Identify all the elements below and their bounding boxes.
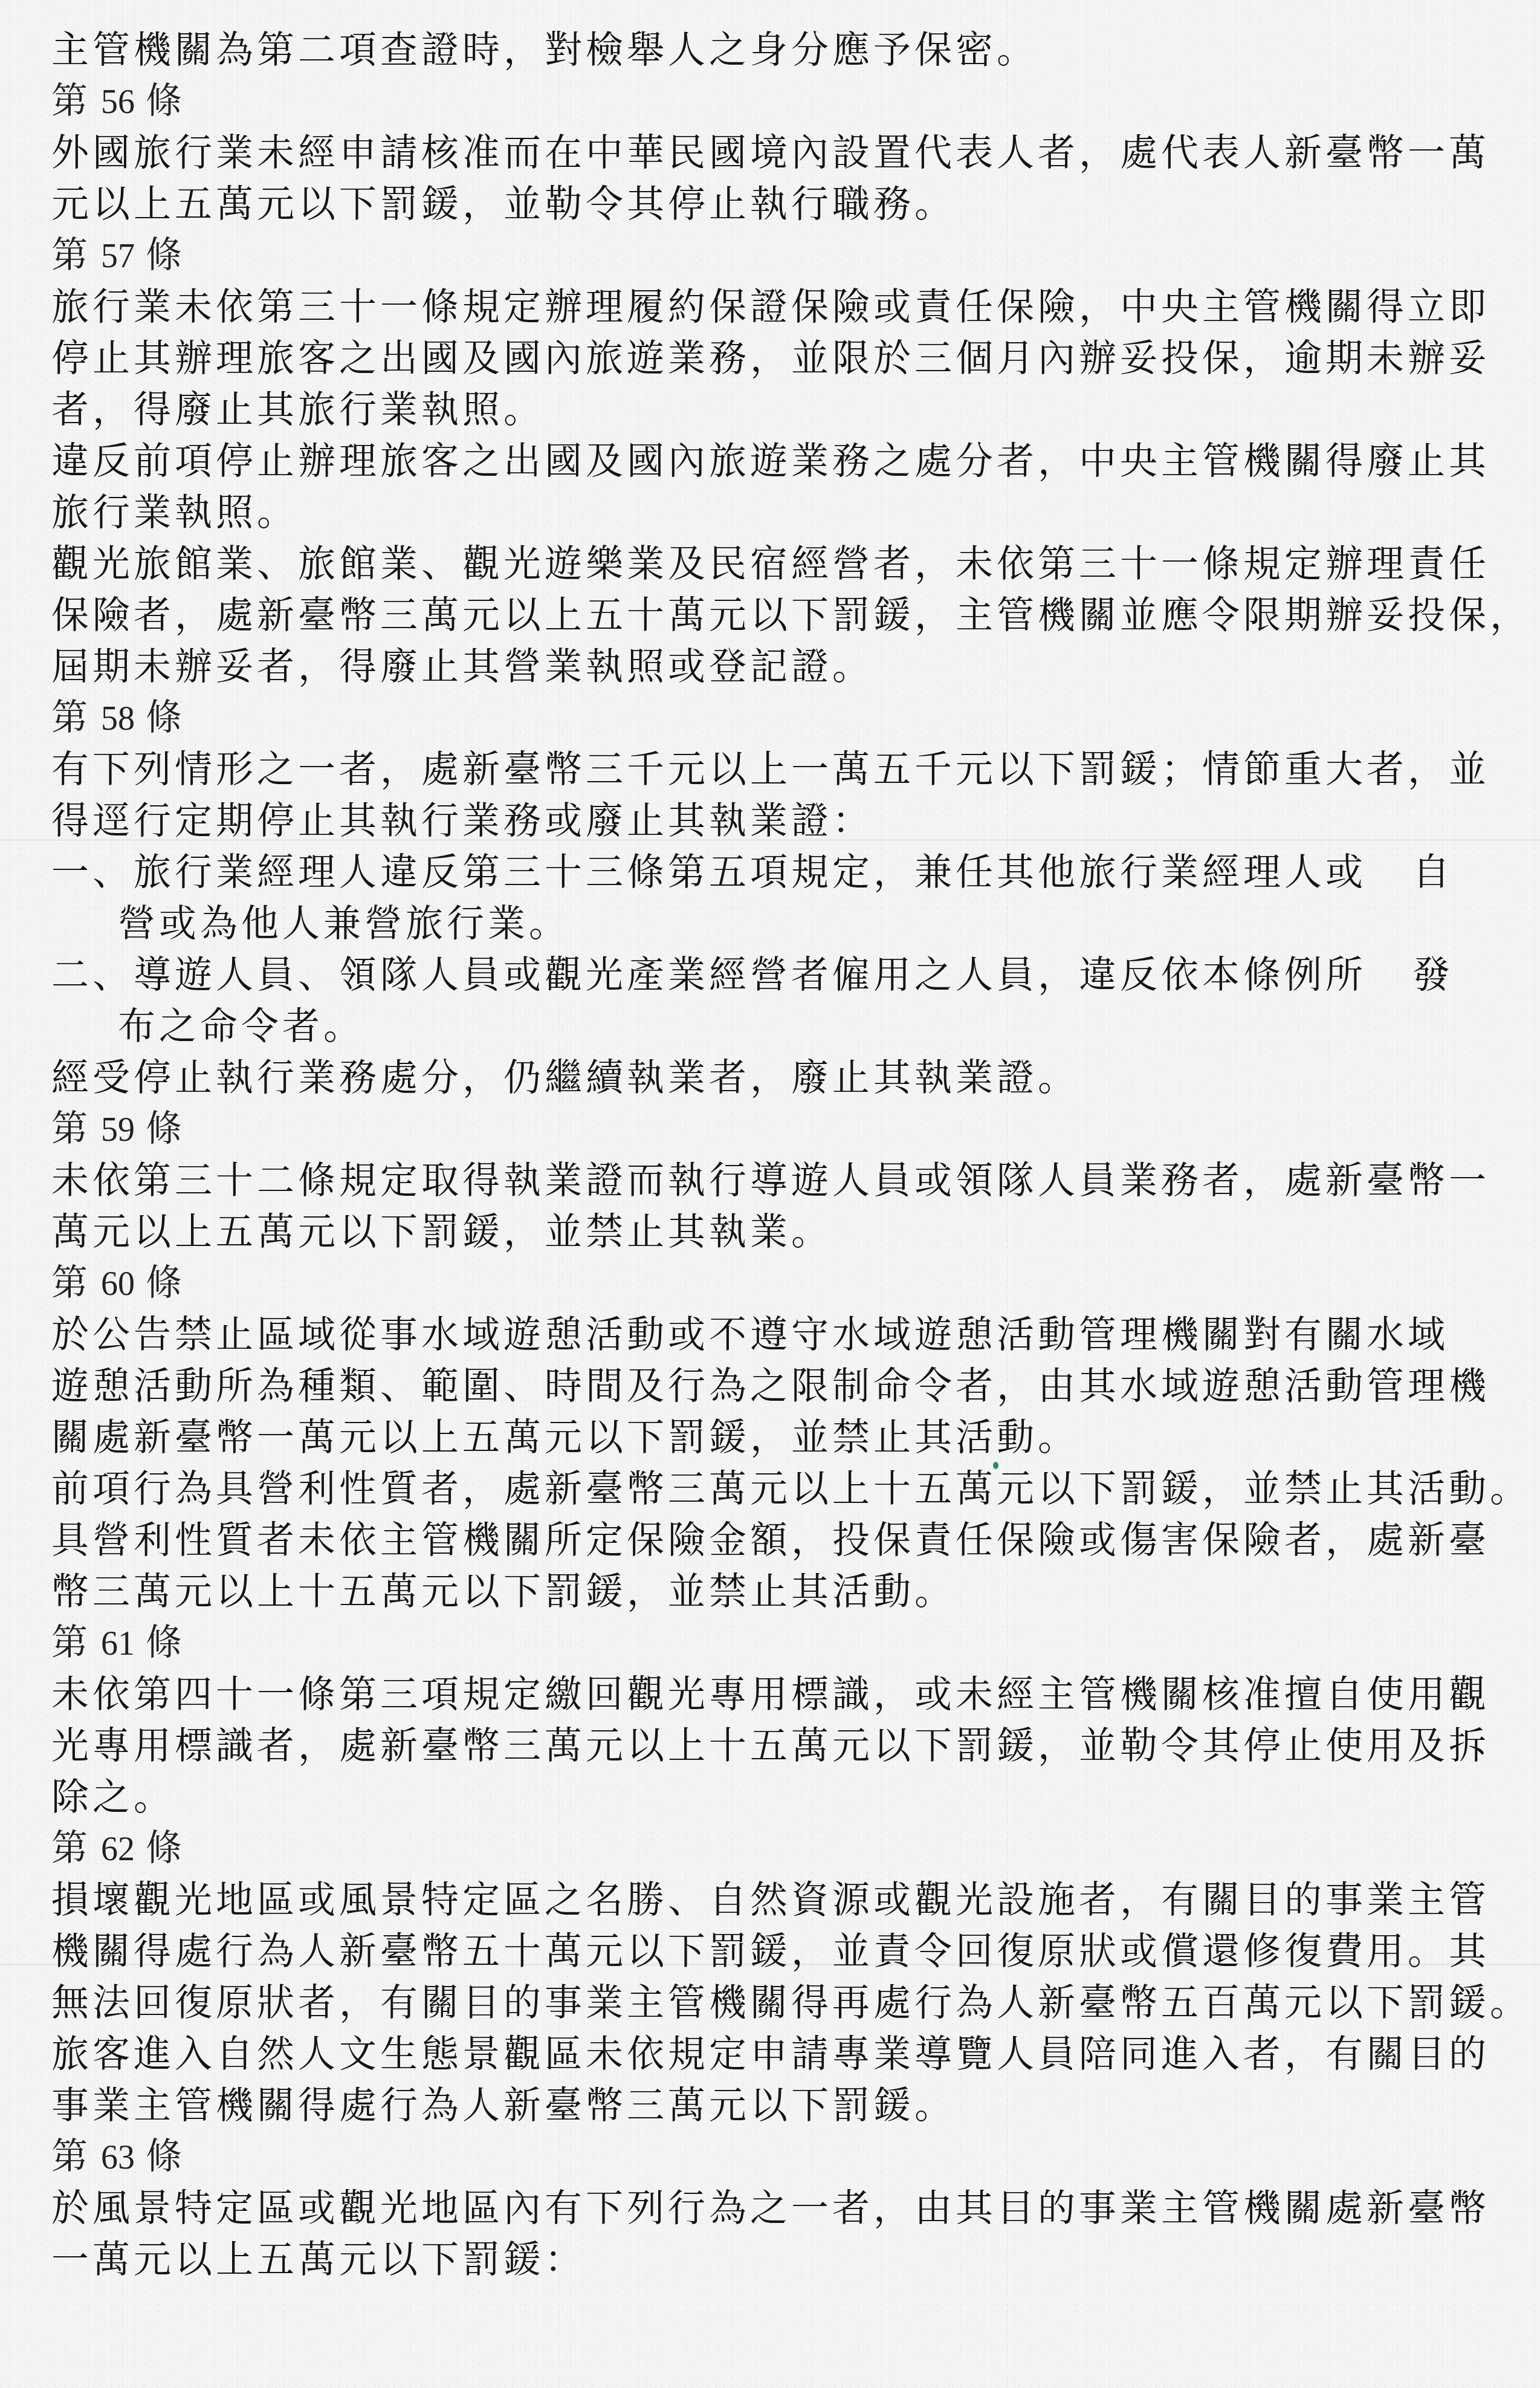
article-heading-number: 57 <box>101 238 135 275</box>
paragraph: 經受停止執行業務處分，仍繼續執業者，廢止其執業證。 <box>51 1052 1460 1103</box>
paragraph: 損壞觀光地區或風景特定區之名勝、自然資源或觀光設施者，有關目的事業主管機關得處行… <box>51 1874 1460 2028</box>
paragraph: 違反前項停止辦理旅客之出國及國內旅遊業務之處分者，中央主管機關得廢止其旅行業執照… <box>51 435 1460 538</box>
text-line: 於公告禁止區域從事水域遊憩活動或不遵守水域遊憩活動管理機關對有關水域 <box>51 1309 1460 1360</box>
list-item-tail-char: 自 <box>1412 846 1460 898</box>
text-line: 者，得廢止其旅行業執照。 <box>51 384 1460 435</box>
text-line: 於風景特定區或觀光地區內有下列行為之一者，由其目的事業主管機關處新臺幣 <box>51 2182 1460 2234</box>
text-line: 違反前項停止辦理旅客之出國及國內旅遊業務之處分者，中央主管機關得廢止其 <box>51 435 1460 487</box>
text-line: 主管機關為第二項查證時，對檢舉人之身分應予保密。 <box>51 24 1460 76</box>
text-line: 未依第三十二條規定取得執業證而執行導遊人員或領隊人員業務者，處新臺幣一 <box>51 1155 1460 1206</box>
text-line: 旅行業未依第三十一條規定辦理履約保證保險或責任保險，中央主管機關得立即 <box>51 281 1460 333</box>
article-heading-suffix: 條 <box>146 1621 184 1664</box>
list-marker: 一、 <box>51 850 134 894</box>
article-heading: 第61條 <box>51 1617 1460 1669</box>
article-heading-number: 61 <box>101 1625 135 1663</box>
list-item: 一、旅行業經理人違反第三十三條第五項規定，兼任其他旅行業經理人或自營或為他人兼營… <box>51 846 1460 949</box>
article-heading-suffix: 條 <box>146 1262 184 1304</box>
article-heading-suffix: 條 <box>146 80 184 122</box>
paragraph: 旅行業未依第三十一條規定辦理履約保證保險或責任保險，中央主管機關得立即停止其辦理… <box>51 281 1460 435</box>
article-heading-suffix: 條 <box>146 2135 184 2178</box>
document-page: 主管機關為第二項查證時，對檢舉人之身分應予保密。第56條外國旅行業未經申請核准而… <box>51 24 1460 2285</box>
text-line: 停止其辦理旅客之出國及國內旅遊業務，並限於三個月內辦妥投保，逾期未辦妥 <box>51 333 1460 384</box>
article-heading-suffix: 條 <box>146 1108 184 1150</box>
text-line: 具營利性質者未依主管機關所定保險金額，投保責任保險或傷害保險者，處新臺 <box>51 1514 1460 1566</box>
text-line: 萬元以上五萬元以下罰鍰，並禁止其執業。 <box>51 1206 1460 1257</box>
text-line: 屆期未辦妥者，得廢止其營業執照或登記證。 <box>51 641 1460 692</box>
list-item-text: 旅行業經理人違反第三十三條第五項規定，兼任其他旅行業經理人或 <box>134 850 1367 894</box>
text-line: 無法回復原狀者，有關目的事業主管機關得再處行為人新臺幣五百萬元以下罰鍰。 <box>51 1977 1460 2028</box>
list-item: 二、導遊人員、領隊人員或觀光產業經營者僱用之人員，違反依本條例所發布之命令者。 <box>51 949 1460 1052</box>
list-item-continuation: 營或為他人兼營旅行業。 <box>51 898 1460 949</box>
text-line: 遊憩活動所為種類、範圍、時間及行為之限制命令者，由其水域遊憩活動管理機 <box>51 1360 1460 1412</box>
article-heading-prefix: 第 <box>51 1108 90 1150</box>
text-line: 未依第四十一條第三項規定繳回觀光專用標識，或未經主管機關核准擅自使用觀 <box>51 1669 1460 1720</box>
paragraph: 具營利性質者未依主管機關所定保險金額，投保責任保險或傷害保險者，處新臺幣三萬元以… <box>51 1514 1460 1617</box>
paragraph: 旅客進入自然人文生態景觀區未依規定申請專業導覽人員陪同進入者，有關目的事業主管機… <box>51 2028 1460 2131</box>
article-heading: 第56條 <box>51 76 1460 127</box>
text-line: 得逕行定期停止其執行業務或廢止其執業證： <box>51 795 1460 846</box>
article-heading-suffix: 條 <box>146 1827 184 1869</box>
paragraph: 未依第三十二條規定取得執業證而執行導遊人員或領隊人員業務者，處新臺幣一萬元以上五… <box>51 1155 1460 1257</box>
article-heading-prefix: 第 <box>51 80 90 122</box>
article-heading-prefix: 第 <box>51 234 90 276</box>
list-marker: 二、 <box>51 953 134 997</box>
article-heading-number: 59 <box>101 1111 135 1149</box>
text-line: 關處新臺幣一萬元以上五萬元以下罰鍰，並禁止其活動。 <box>51 1412 1460 1463</box>
list-item-text: 導遊人員、領隊人員或觀光產業經營者僱用之人員，違反依本條例所 <box>134 953 1367 997</box>
paragraph: 觀光旅館業、旅館業、觀光遊樂業及民宿經營者，未依第三十一條規定辦理責任保險者，處… <box>51 538 1460 692</box>
text-line: 外國旅行業未經申請核准而在中華民國境內設置代表人者，處代表人新臺幣一萬 <box>51 127 1460 178</box>
text-line: 前項行為具營利性質者，處新臺幣三萬元以上十五萬元以下罰鍰，並禁止其活動。 <box>51 1463 1460 1514</box>
article-heading-number: 62 <box>101 1831 135 1868</box>
text-line: 幣三萬元以上十五萬元以下罰鍰，並禁止其活動。 <box>51 1566 1460 1617</box>
text-line: 機關得處行為人新臺幣五十萬元以下罰鍰，並責令回復原狀或償還修復費用。其 <box>51 1926 1460 1977</box>
text-line: 觀光旅館業、旅館業、觀光遊樂業及民宿經營者，未依第三十一條規定辦理責任 <box>51 538 1460 589</box>
text-line: 一萬元以上五萬元以下罰鍰： <box>51 2234 1460 2285</box>
stray-ink-mark <box>993 1462 998 1469</box>
article-heading-number: 56 <box>101 83 135 121</box>
article-heading-suffix: 條 <box>146 234 184 276</box>
paragraph: 有下列情形之一者，處新臺幣三千元以上一萬五千元以下罰鍰；情節重大者，並得逕行定期… <box>51 744 1460 846</box>
text-line: 元以上五萬元以下罰鍰，並勒令其停止執行職務。 <box>51 178 1460 230</box>
article-heading-prefix: 第 <box>51 1827 90 1869</box>
article-heading-prefix: 第 <box>51 2135 90 2178</box>
text-line: 事業主管機關得處行為人新臺幣三萬元以下罰鍰。 <box>51 2080 1460 2131</box>
paragraph: 未依第四十一條第三項規定繳回觀光專用標識，或未經主管機關核准擅自使用觀光專用標識… <box>51 1669 1460 1823</box>
text-line: 保險者，處新臺幣三萬元以上五十萬元以下罰鍰，主管機關並應令限期辦妥投保， <box>51 589 1460 641</box>
article-heading: 第63條 <box>51 2131 1460 2182</box>
text-line: 經受停止執行業務處分，仍繼續執業者，廢止其執業證。 <box>51 1052 1460 1103</box>
list-item-tail-char: 發 <box>1412 949 1460 1001</box>
article-heading-number: 60 <box>101 1265 135 1303</box>
text-line: 除之。 <box>51 1771 1460 1823</box>
text-line: 損壞觀光地區或風景特定區之名勝、自然資源或觀光設施者，有關目的事業主管 <box>51 1874 1460 1926</box>
article-heading: 第58條 <box>51 692 1460 744</box>
paragraph: 前項行為具營利性質者，處新臺幣三萬元以上十五萬元以下罰鍰，並禁止其活動。 <box>51 1463 1460 1514</box>
paragraph: 外國旅行業未經申請核准而在中華民國境內設置代表人者，處代表人新臺幣一萬元以上五萬… <box>51 127 1460 230</box>
list-item-continuation: 布之命令者。 <box>51 1001 1460 1052</box>
article-heading: 第57條 <box>51 230 1460 281</box>
text-line: 光專用標識者，處新臺幣三萬元以上十五萬元以下罰鍰，並勒令其停止使用及拆 <box>51 1720 1460 1771</box>
paragraph: 主管機關為第二項查證時，對檢舉人之身分應予保密。 <box>51 24 1460 76</box>
text-line: 旅行業執照。 <box>51 487 1460 538</box>
article-heading-suffix: 條 <box>146 696 184 739</box>
text-line: 有下列情形之一者，處新臺幣三千元以上一萬五千元以下罰鍰；情節重大者，並 <box>51 744 1460 795</box>
article-heading: 第60條 <box>51 1257 1460 1309</box>
paragraph: 於公告禁止區域從事水域遊憩活動或不遵守水域遊憩活動管理機關對有關水域遊憩活動所為… <box>51 1309 1460 1463</box>
article-heading-prefix: 第 <box>51 696 90 739</box>
article-heading-number: 58 <box>101 700 135 738</box>
text-line: 旅客進入自然人文生態景觀區未依規定申請專業導覽人員陪同進入者，有關目的 <box>51 2028 1460 2080</box>
article-heading: 第59條 <box>51 1103 1460 1155</box>
article-heading-prefix: 第 <box>51 1262 90 1304</box>
paragraph: 於風景特定區或觀光地區內有下列行為之一者，由其目的事業主管機關處新臺幣一萬元以上… <box>51 2182 1460 2285</box>
article-heading: 第62條 <box>51 1823 1460 1874</box>
article-heading-number: 63 <box>101 2139 135 2176</box>
article-heading-prefix: 第 <box>51 1621 90 1664</box>
